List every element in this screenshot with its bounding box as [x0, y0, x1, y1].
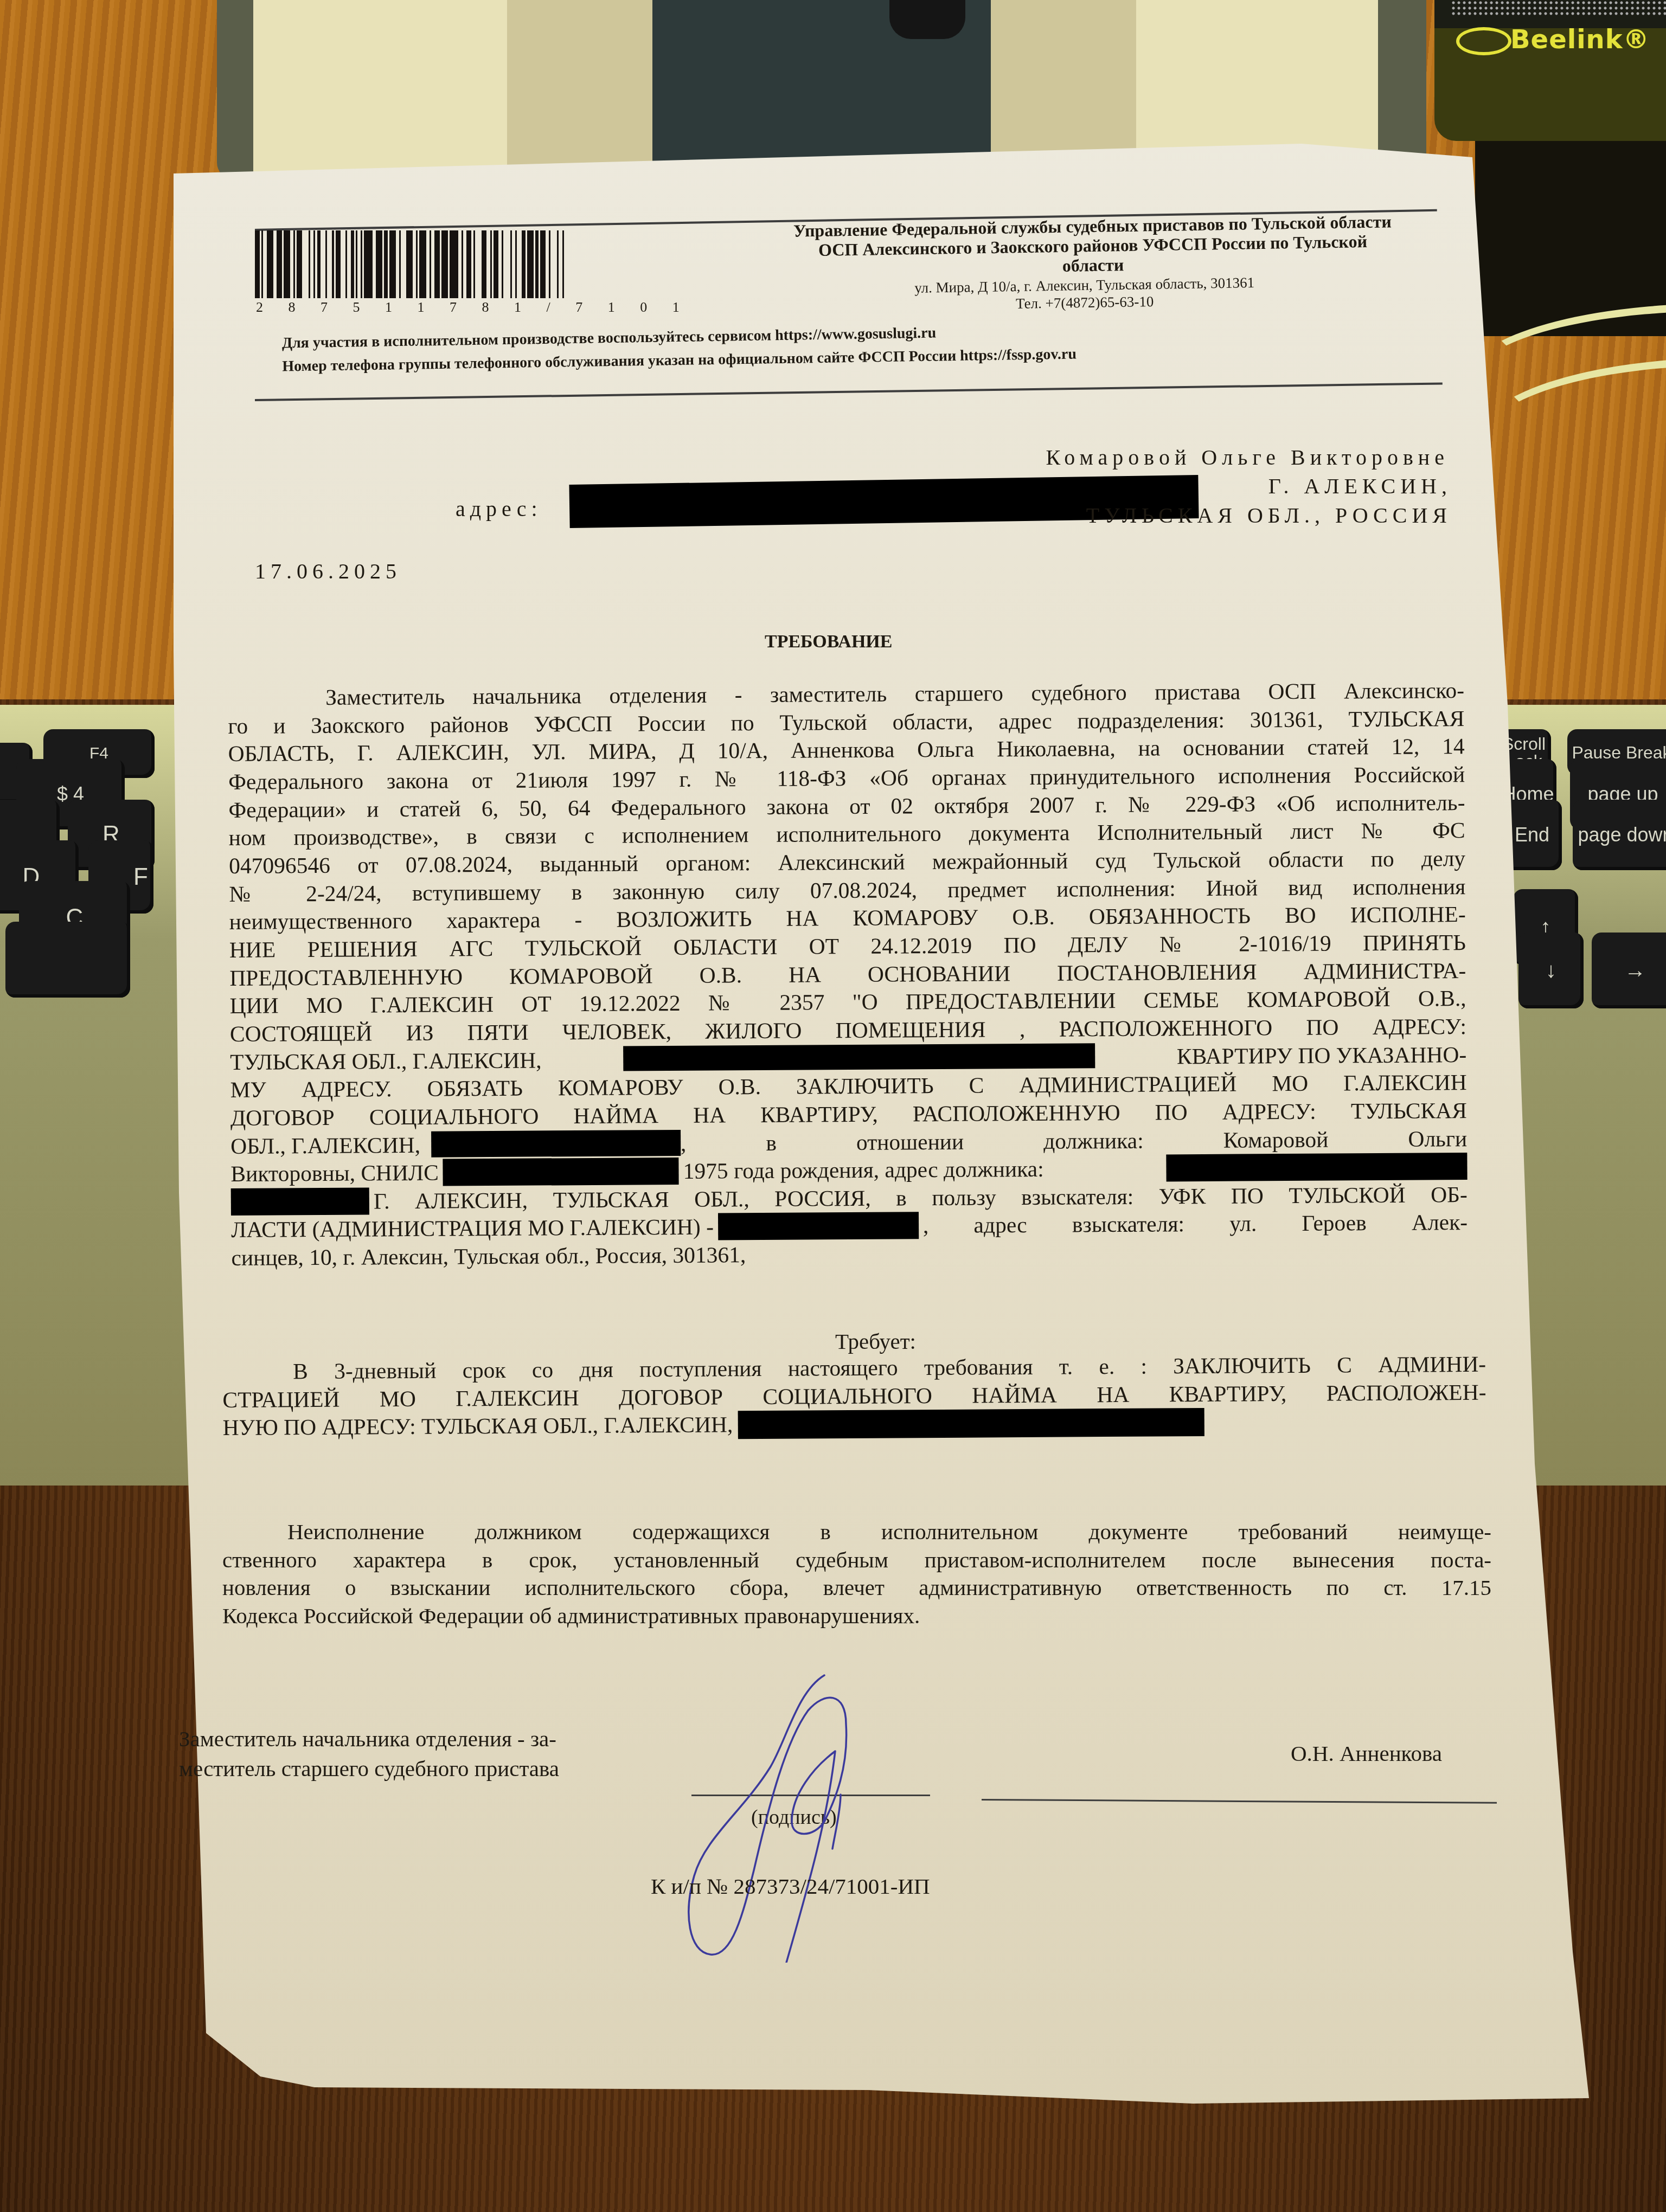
service-notice: Для участия в исполнительном производств… [281, 319, 1077, 379]
barcode-bar [441, 230, 448, 298]
barcode-bar [255, 230, 260, 298]
liability-warning: Неисполнение должником содержащихся в ис… [222, 1518, 1491, 1630]
redacted-address [431, 1129, 681, 1157]
barcode-bar [341, 230, 345, 298]
barcode-bar [401, 230, 406, 298]
case-number: К и/п № 287373/24/71001-ИП [651, 1873, 930, 1899]
redacted-apartment-address [738, 1408, 1204, 1439]
body-fragment: ОБЛ., Г.АЛЕКСИН, [230, 1131, 420, 1160]
barcode-bar [434, 230, 439, 298]
signer-title-line: меститель старшего судебного пристава [179, 1754, 559, 1784]
body-fragment: , в отношении должника: Комаровой Ольги [681, 1125, 1467, 1158]
demand-fragment: НУЮ ПО АДРЕСУ: ТУЛЬСКАЯ ОБЛ., Г.АЛЕКСИН, [223, 1411, 733, 1443]
barcode-bar [321, 230, 325, 298]
barcode-number: 2 8 7 5 1 1 7 8 1 / 7 1 0 1 [256, 299, 690, 316]
demand-paragraph: В 3-дневный срок со дня поступления наст… [222, 1351, 1486, 1443]
body-paragraph: Заместитель начальника отделения - замес… [228, 677, 1468, 1272]
name-line [982, 1799, 1497, 1804]
recipient-address-label: адрес: [456, 496, 542, 522]
redacted-debtor-address [1166, 1153, 1467, 1181]
warning-line: ственного характера в срок, установленны… [222, 1546, 1491, 1574]
agency-contacts: ул. Мира, Д 10/а, г. Алексин, Тульская о… [868, 273, 1302, 315]
barcode-bar [302, 230, 309, 298]
barcode [255, 230, 613, 298]
redacted-creditor-id [718, 1212, 919, 1240]
redacted-snils [443, 1158, 679, 1186]
barcode-bar [503, 230, 510, 298]
recipient-region: ТУЛЬСКАЯ ОБЛ., РОССИЯ [1086, 501, 1452, 530]
barcode-bar [482, 230, 486, 298]
barcode-bar [466, 230, 471, 298]
barcode-bar [364, 230, 373, 298]
barcode-bar [267, 230, 273, 298]
document-title: ТРЕБОВАНИЕ [765, 632, 892, 652]
recipient-name: Комаровой Ольге Викторовне [1046, 445, 1449, 470]
signer-name: О.Н. Анненкова [1291, 1740, 1442, 1766]
header-bottom-rule [255, 382, 1443, 401]
body-fragment: 1975 года рождения, адрес должника: [683, 1155, 1044, 1186]
body-fragment: Викторовны, СНИЛС [230, 1159, 439, 1188]
document-date: 17.06.2025 [255, 558, 401, 584]
document-sheet: 2 8 7 5 1 1 7 8 1 / 7 1 0 1 Управление Ф… [0, 0, 1666, 2212]
barcode-bar [297, 230, 302, 298]
barcode-bar [336, 230, 341, 298]
barcode-bar [494, 230, 498, 298]
recipient-city: Г. АЛЕКСИН, [1086, 472, 1452, 501]
agency-name: Управление Федеральной службы судебных п… [742, 211, 1443, 281]
signer-title-line: Заместитель начальника отделения - за- [179, 1724, 559, 1754]
barcode-bar [376, 230, 382, 298]
barcode-bar [564, 230, 569, 298]
barcode-bar [406, 230, 413, 298]
redacted-debtor-address [231, 1187, 369, 1216]
recipient-address: Г. АЛЕКСИН, ТУЛЬСКАЯ ОБЛ., РОССИЯ [1086, 472, 1452, 530]
barcode-bar [284, 230, 290, 298]
warning-line: Кодекса Российской Федерации об админист… [222, 1602, 1491, 1630]
body-fragment: ТУЛЬСКАЯ ОБЛ., Г.АЛЕКСИН, [230, 1046, 542, 1076]
barcode-bar [527, 230, 534, 298]
body-fragment: ЛАСТИ (АДМИНИСТРАЦИЯ МО Г.АЛЕКСИН) - [231, 1213, 714, 1244]
body-fragment: , адрес взыскателя: ул. Героев Алек- [923, 1209, 1468, 1240]
barcode-bar [419, 230, 426, 298]
warning-line: Неисполнение должником содержащихся в ис… [222, 1518, 1491, 1546]
barcode-bar [327, 230, 332, 298]
barcode-bar [475, 230, 482, 298]
barcode-bar [540, 230, 545, 298]
barcode-bar [389, 230, 396, 298]
body-fragment: КВАРТИРУ ПО УКАЗАННО- [1177, 1041, 1467, 1071]
warning-line: новления о взыскании исполнительского сб… [222, 1574, 1491, 1602]
barcode-bar [277, 230, 281, 298]
signer-title: Заместитель начальника отделения - за- м… [179, 1724, 559, 1784]
redacted-address [623, 1043, 1095, 1071]
handwritten-signature-icon [662, 1659, 944, 1963]
barcode-bar [550, 230, 557, 298]
barcode-bar [450, 230, 458, 298]
barcode-bar [517, 230, 522, 298]
demand-label: Требует: [835, 1328, 916, 1354]
